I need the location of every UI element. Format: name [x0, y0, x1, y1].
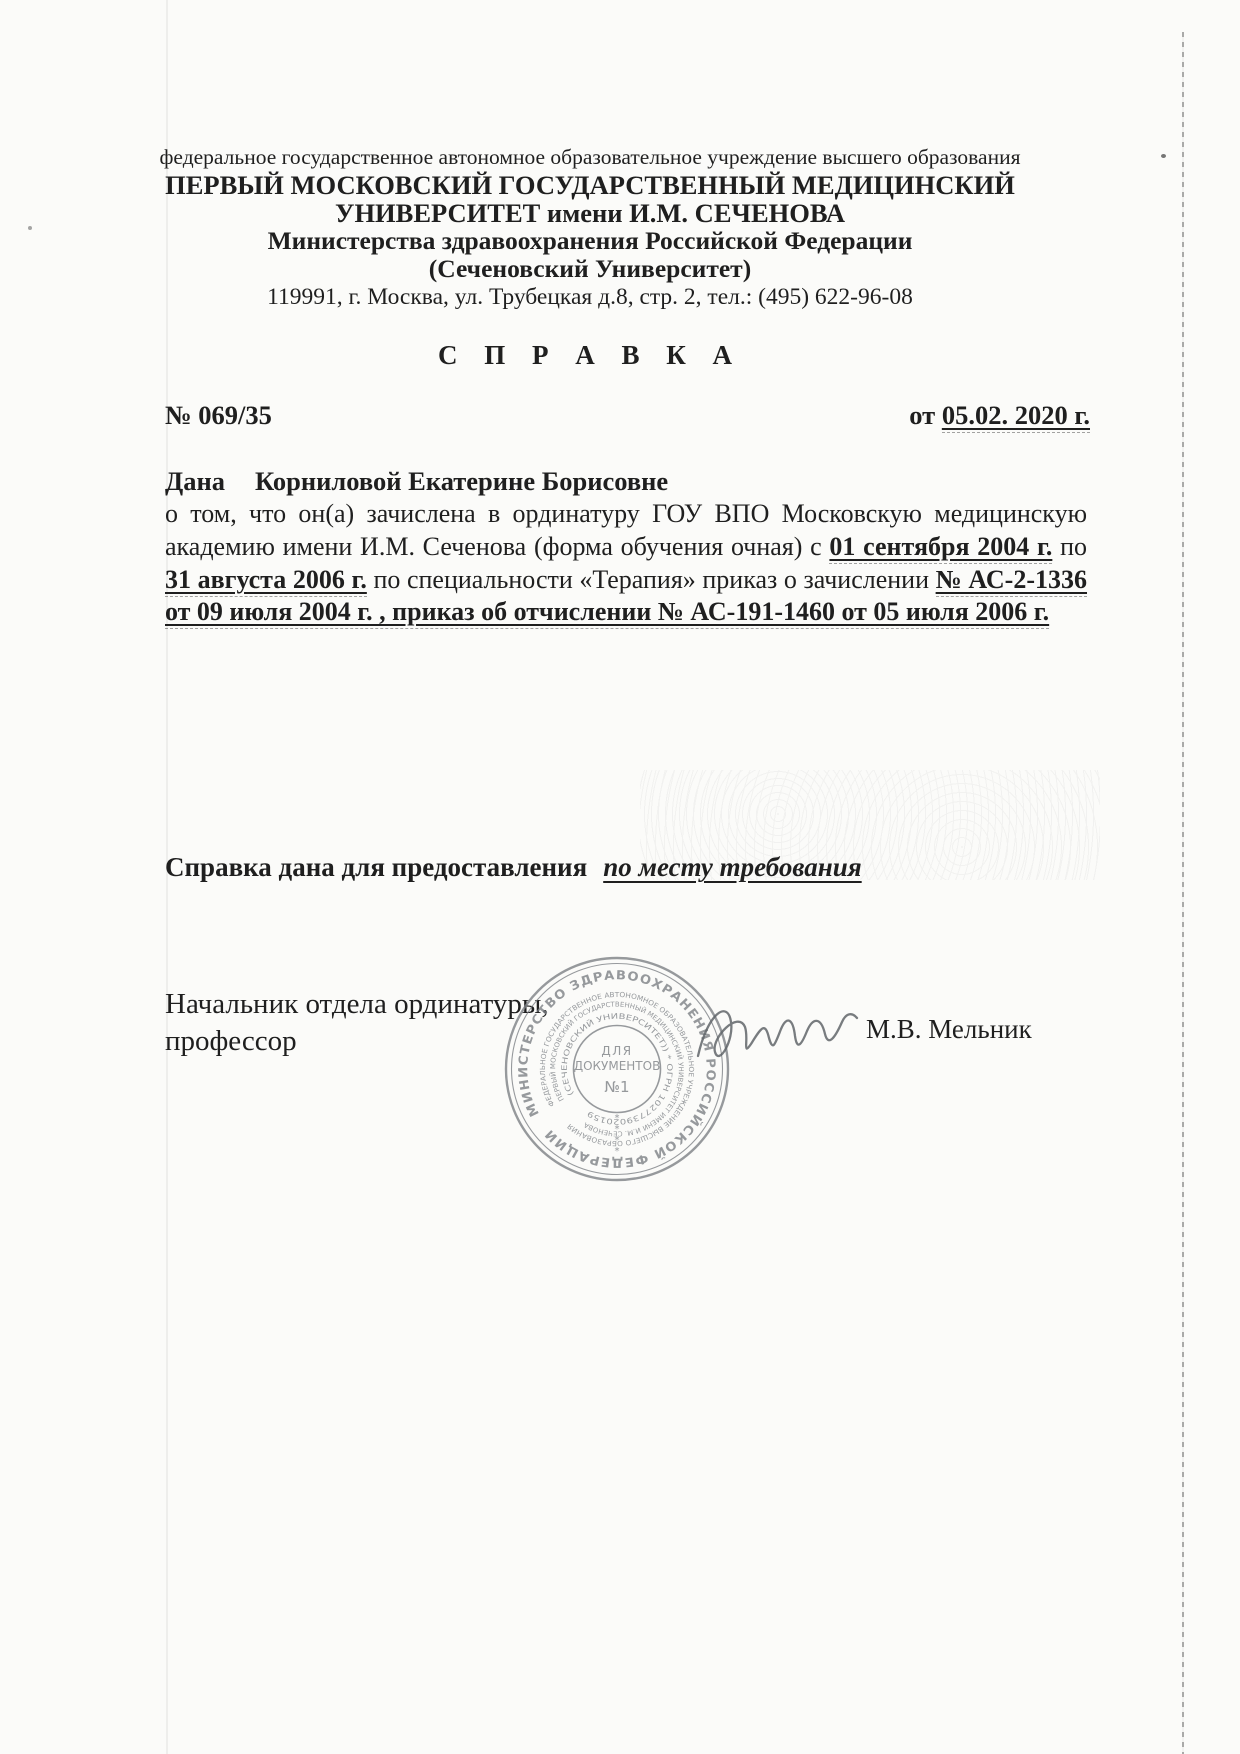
recipient-name: Корниловой Екатерине Борисовне [255, 466, 668, 496]
stamp-center-line2: ДОКУМЕНТОВ [574, 1059, 661, 1073]
enrollment-end-date: 31 августа 2006 г. [165, 565, 367, 597]
signer-position-line2: профессор [165, 1023, 549, 1060]
body-specialty: по специальности «Терапия» приказ о зачи… [373, 565, 929, 594]
certificate-date: от 05.02. 2020 г. [909, 400, 1090, 431]
stamp-star: * [615, 1124, 620, 1135]
stamp-center-line1: ДЛЯ [601, 1044, 632, 1058]
signer-position-line1: Начальник отдела ординатуры, [165, 986, 549, 1023]
signer-position: Начальник отдела ординатуры, профессор [165, 986, 549, 1060]
reference-row: № 069/35 от 05.02. 2020 г. [165, 400, 1090, 431]
date-value: 05.02. 2020 г. [942, 400, 1090, 433]
letterhead-address-phone: 119991, г. Москва, ул. Трубецкая д.8, ст… [8, 283, 1172, 311]
certificate-number: № 069/35 [165, 400, 272, 431]
given-label: Дана [165, 466, 225, 496]
signer-name: М.В. Мельник [866, 1014, 1032, 1045]
letterhead-ministry: Министерства здравоохранения Российской … [8, 227, 1172, 255]
purpose-label: Справка дана для предоставления [165, 852, 587, 882]
letterhead-university-2: УНИВЕРСИТЕТ имени И.М. СЕЧЕНОВА [8, 199, 1172, 227]
stamp-center-line3: №1 [604, 1078, 629, 1096]
stamp-star: * [615, 1135, 620, 1146]
letterhead-org-type: федеральное государственное автономное о… [8, 143, 1172, 171]
date-prefix: от [909, 400, 935, 430]
purpose-line: Справка дана для предоставленияпо месту … [165, 852, 862, 883]
certificate-body-paragraph: о том, что он(а) зачислена в ординатуру … [165, 498, 1087, 629]
letterhead: федеральное государственное автономное о… [8, 143, 1172, 311]
scan-artifact-right-line [1182, 32, 1184, 1754]
enrollment-start-date: 01 сентября 2004 г. [829, 532, 1052, 564]
letterhead-university-1: ПЕРВЫЙ МОСКОВСКИЙ ГОСУДАРСТВЕННЫЙ МЕДИЦИ… [8, 171, 1172, 199]
body-po: по [1060, 532, 1087, 561]
document-title: С П Р А В К А [8, 340, 1172, 371]
purpose-value: по месту требования [603, 852, 861, 882]
letterhead-brand-name: (Сеченовский Университет) [8, 255, 1172, 283]
signature-scribble [690, 994, 865, 1082]
stamp-star: * [615, 1146, 620, 1157]
scanned-certificate-page: федеральное государственное автономное о… [0, 0, 1240, 1754]
recipient-line: ДанаКорниловой Екатерине Борисовне [165, 466, 668, 497]
stamp-star: * [615, 1113, 620, 1124]
